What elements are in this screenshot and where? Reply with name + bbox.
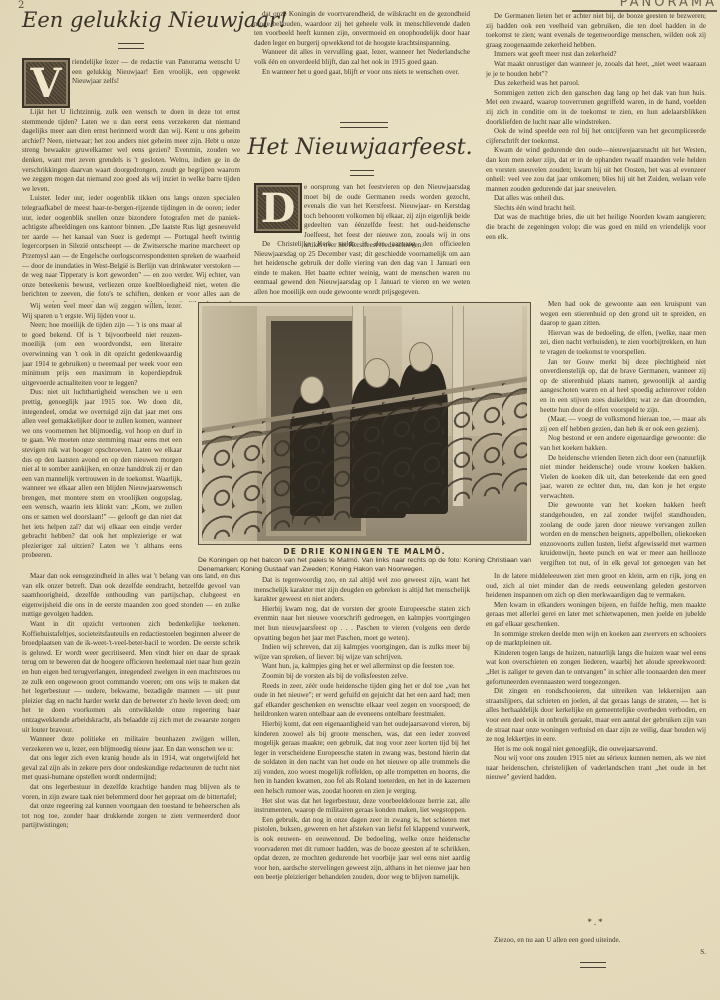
photo-three-kings xyxy=(198,302,531,545)
title-divider xyxy=(350,170,374,176)
paragraph: Nou wij voor ons zouden 1915 niet au sér… xyxy=(486,754,706,783)
article1-intro: riendelijke lezer — de redactie van Pano… xyxy=(72,58,240,87)
dropcap-d: D xyxy=(254,183,302,233)
dropcap-v: V xyxy=(22,58,70,108)
article2-body-narrow: Men had ook de gewoonte aan een kruispun… xyxy=(540,300,706,570)
section-divider xyxy=(340,122,388,128)
paragraph: Wij weten veel meer dan wij zeggen wille… xyxy=(22,302,182,321)
paragraph: Hierbij kwam nog, dat de vorsten der gro… xyxy=(254,605,470,643)
paragraph: Kwam de wind gedurende den oude—nieuweja… xyxy=(486,146,706,194)
paragraph: Die gewoonte van het koeken bakken heeft… xyxy=(540,501,706,570)
paragraph: Immers wat geeft meer rust dan zekerheid… xyxy=(486,50,706,60)
paragraph: Neen; hoe moeilijk de tijden zijn — 't i… xyxy=(22,321,182,388)
paragraph: In de latere middeleeuwen ziet men groot… xyxy=(486,572,706,601)
paragraph: Zoomin bij de vorsten als bij de volksfe… xyxy=(254,672,470,682)
paragraph: De Germanen lieten het er achter niet bi… xyxy=(486,12,706,50)
paragraph: Slechts één wind bracht heil. xyxy=(486,204,706,214)
article1-continuation: dat onze Koningin de voortvarendheid, de… xyxy=(254,10,470,77)
paragraph: Want in dit opzicht vertoonen zich beden… xyxy=(22,620,240,735)
paragraph: Wanneer dit alles in vervulling gaat, le… xyxy=(254,48,470,67)
paragraph: dat ons leger zich even kranig houde als… xyxy=(22,754,240,783)
section-stars: *.* xyxy=(486,918,706,928)
article1-body-narrow: Wij weten veel meer dan wij zeggen wille… xyxy=(22,302,182,572)
paragraph: dat onze regeering zal kunnen voortgaan … xyxy=(22,802,240,831)
article1-title: Een gelukkig Nieuwjaar! xyxy=(22,8,242,32)
closing-text: Ziezoo, en nu aan U allen een goed uitei… xyxy=(486,936,706,946)
paragraph: Dat is tegenwoordig zoo, en zal altijd w… xyxy=(254,576,470,605)
paragraph: Ook de wind speelde een rol bij het ontc… xyxy=(486,127,706,146)
paragraph: dat onze Koningin de voortvarendheid, de… xyxy=(254,10,470,48)
paragraph: dat ons legerbestuur in dezelfde krachti… xyxy=(22,783,240,802)
paragraph: Dat alles was onheil dus. xyxy=(486,194,706,204)
paragraph: Nog bestond er een andere eigenaardige g… xyxy=(540,434,706,453)
paragraph: Sommigen zetten zich den ganschen dag la… xyxy=(486,89,706,127)
paragraph: Indien wij schreven, dat zij kalmpjes vo… xyxy=(254,643,470,662)
paragraph: Men had ook de gewoonte aan een kruispun… xyxy=(540,300,706,329)
article2-body-c: De Germanen lieten het er achter niet bi… xyxy=(486,12,706,300)
paragraph: De Christelijke Kerk stelde in den aanva… xyxy=(254,240,470,298)
paragraph: En wanneer het u goed gaat, blijft er vo… xyxy=(254,68,470,78)
paragraph: Het slot was dat het legerbestuur, deze … xyxy=(254,797,470,816)
paragraph: Een gebruik, dat nog in onze dagen zeer … xyxy=(254,816,470,883)
title-divider xyxy=(118,43,144,49)
photo-caption-title: DE DRIE KONINGEN TE MALMÖ. xyxy=(198,547,531,556)
paragraph: Dus: niet uit luchthartigheid wenschen w… xyxy=(22,388,182,561)
article1-body-top: Lijkt het U lichtzinnig, zulk een wensch… xyxy=(22,108,240,302)
paragraph: Hierbij komt, dat een eigenaardigheid va… xyxy=(254,720,470,797)
paragraph: (Maar, — voegt de volksmond hieraan toe,… xyxy=(540,415,706,434)
paragraph: Jan ter Gouw merkt bij deze plechtigheid… xyxy=(540,358,706,416)
paragraph: In sommige streken deelde men wijn en ko… xyxy=(486,630,706,649)
article2-body-b: Dat is tegenwoordig zoo, en zal altijd w… xyxy=(254,576,470,986)
paragraph: Dat was de machtige bries, die uit het h… xyxy=(486,213,706,242)
paragraph: Hiervan was de bedoeling, de elfen, (wel… xyxy=(540,329,706,358)
article2-body-a: De Christelijke Kerk stelde in den aanva… xyxy=(254,240,470,298)
paragraph: De heidensche vrienden lieten zich door … xyxy=(540,454,706,502)
paragraph: Wat maakt onrustiger dan wanneer je, zoo… xyxy=(486,60,706,79)
paragraph: Reeds in zeer, zéér oude heidensche tijd… xyxy=(254,682,470,720)
paragraph: riendelijke lezer — de redactie van Pano… xyxy=(72,58,240,87)
paragraph: Wanneer deze politieke en militaire beun… xyxy=(22,735,240,754)
paragraph: Luister. Ieder uur, ieder oogenblik tikk… xyxy=(22,194,240,302)
paragraph: Dit zingen en rondschooieren, dat uitrei… xyxy=(486,687,706,745)
paragraph: Maar dan ook eensgezindheid in alles wat… xyxy=(22,572,240,620)
end-divider xyxy=(580,962,606,968)
signature: S. xyxy=(486,948,720,958)
photo-image xyxy=(202,306,527,541)
paragraph: Kinderen togen langs de huizen, natuurli… xyxy=(486,649,706,687)
paragraph: Het is me ook nogal niet genoeglijk, die… xyxy=(486,745,706,755)
paragraph: Lijkt het U lichtzinnig, zulk een wensch… xyxy=(22,108,240,194)
photo-caption: De Koningen op het balcon van het paleis… xyxy=(198,557,531,574)
paragraph: Dus zekerheid was het parool. xyxy=(486,79,706,89)
article2-title: Het Nieuwjaarfeest. xyxy=(245,135,475,160)
article1-body-bottom: Maar dan ook eensgezindheid in alles wat… xyxy=(22,572,240,984)
masthead: PANORAMA xyxy=(572,0,717,12)
paragraph: Men kwam in elkanders woningen bijeen, e… xyxy=(486,601,706,630)
paragraph: Want hun, ja, kalmpjes ging het er wel a… xyxy=(254,662,470,672)
closing-line: Ziezoo, en nu aan U allen een goed uitei… xyxy=(486,936,706,946)
article2-body-d: In de latere middeleeuwen ziet men groot… xyxy=(486,572,706,890)
